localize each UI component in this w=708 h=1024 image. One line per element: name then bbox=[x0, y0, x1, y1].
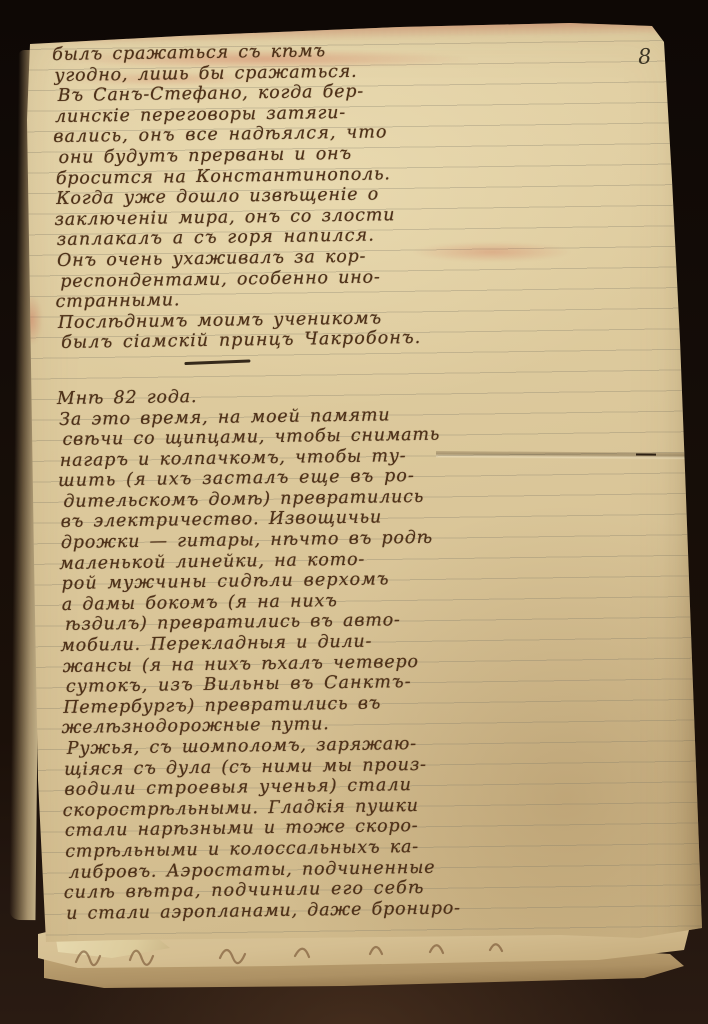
section-divider bbox=[184, 359, 250, 365]
page-number: 8 bbox=[637, 43, 669, 69]
handwriting-block-1: былъ сражаться съ кѣмъугодно, лишь бы ср… bbox=[54, 39, 478, 354]
manuscript-page: 8 былъ сражаться съ кѣмъугодно, лишь бы … bbox=[0, 0, 708, 1024]
handwriting: былъ сражаться съ кѣмъугодно, лишь бы ср… bbox=[54, 39, 486, 924]
photo-background: 8 былъ сражаться съ кѣмъугодно, лишь бы … bbox=[0, 0, 708, 1024]
under-page-writing-marks bbox=[70, 936, 540, 974]
crease-dark-tick bbox=[636, 453, 656, 455]
handwriting-block-2: Мнѣ 82 года.За это время, на моей памяти… bbox=[59, 383, 486, 924]
manuscript-line: былъ сіамскій принцъ Чакробонъ. bbox=[61, 327, 478, 353]
